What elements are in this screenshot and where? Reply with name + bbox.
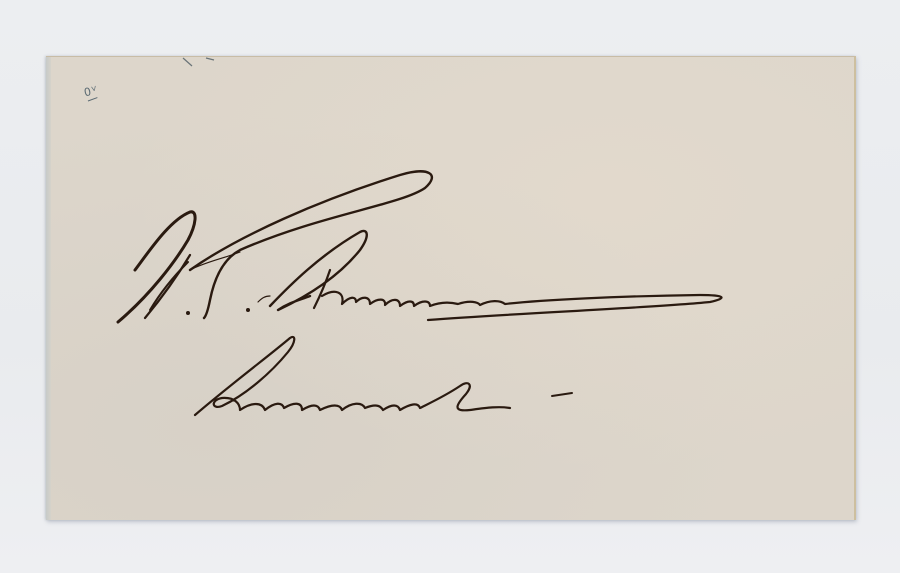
card-edge — [46, 57, 51, 520]
photo-background: 0ⱽ W.T. Sherman General - — [0, 0, 900, 573]
pencil-annotation: 0ⱽ — [83, 84, 99, 100]
signature-card: 0ⱽ W.T. Sherman General - — [46, 56, 856, 520]
